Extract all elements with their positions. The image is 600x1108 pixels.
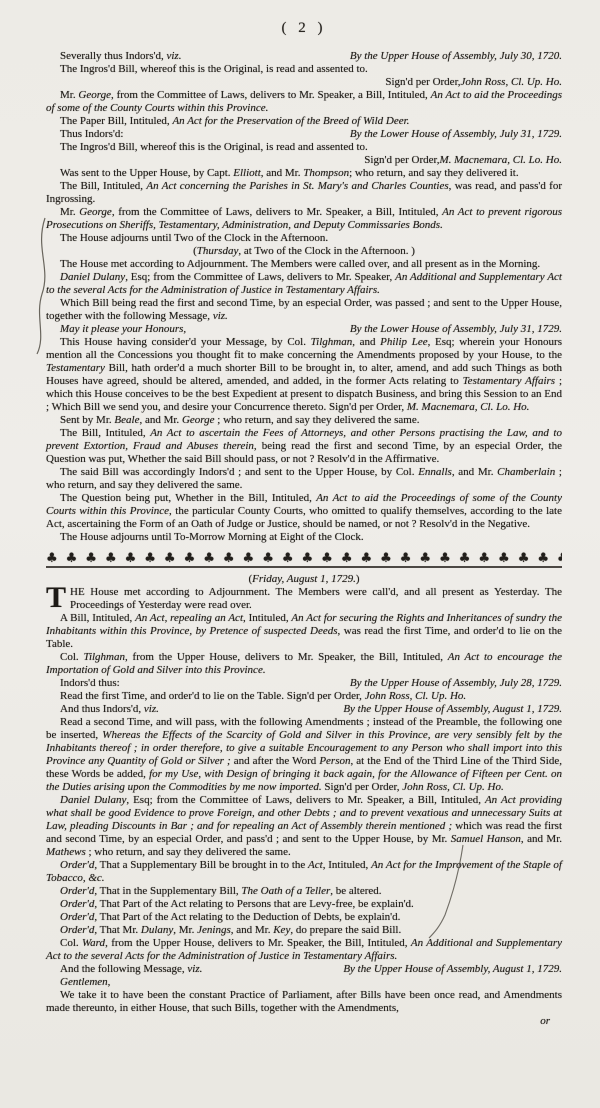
text-segment: John Ross, Cl. Up. Ho. bbox=[402, 781, 503, 793]
text-segment: And the following Message, bbox=[60, 963, 187, 975]
paragraph: We take it to have been the constant Pra… bbox=[46, 989, 562, 1015]
text-segment: viz. bbox=[166, 50, 181, 62]
paragraph: This House having consider'd your Messag… bbox=[46, 336, 562, 414]
text-segment: Order'd bbox=[60, 924, 94, 936]
text-segment: , from the Upper House, delivers to Mr. … bbox=[125, 651, 448, 663]
line-left-text: Indors'd thus: bbox=[46, 677, 120, 690]
text-segment: , Intituled, bbox=[243, 612, 291, 624]
text-segment: The Oath of a Teller bbox=[241, 885, 330, 897]
text-segment: , from the Committee of Laws, delivers t… bbox=[112, 206, 442, 218]
text-segment: An Act, repealing an Act bbox=[135, 612, 243, 624]
text-segment: An Act for the Preservation of the Breed… bbox=[172, 115, 409, 127]
text-segment: ; who return, and say they delivered the… bbox=[215, 414, 420, 426]
text-segment: or bbox=[540, 1015, 550, 1028]
page-number: ( 2 ) bbox=[46, 20, 562, 37]
line-right-attribution: By the Lower House of Assembly, July 31,… bbox=[350, 128, 562, 141]
text-segment: Mr. bbox=[60, 206, 79, 218]
text-segment: John Ross, Cl. Up. Ho. bbox=[365, 690, 466, 702]
text-segment: Person bbox=[319, 755, 350, 767]
text-segment: , and Mr. bbox=[139, 414, 181, 426]
text-segment: The Ingros'd Bill, whereof this is the O… bbox=[60, 63, 368, 75]
text-segment: John Ross, Cl. Up. Ho. bbox=[461, 76, 562, 89]
text-segment: The House adjourns until Two of the Cloc… bbox=[60, 232, 328, 244]
text-segment: Order'd bbox=[60, 898, 94, 910]
paragraph: Order'd, That in the Supplementary Bill,… bbox=[46, 885, 562, 898]
pen-mark-left-margin bbox=[37, 218, 45, 354]
text-segment: ; who return, and say they delivered it. bbox=[349, 167, 519, 179]
text-segment: viz. bbox=[213, 310, 228, 322]
paragraph: Daniel Dulany, Esq; from the Committee o… bbox=[46, 271, 562, 297]
text-line-split: May it please your Honours,By the Lower … bbox=[46, 323, 562, 336]
paragraph: Sent by Mr. Beale, and Mr. George ; who … bbox=[46, 414, 562, 427]
text-segment: , from the Upper House, delivers to Mr. … bbox=[105, 937, 411, 949]
paragraph: Was sent to the Upper House, by Capt. El… bbox=[46, 167, 562, 180]
paragraph: The Paper Bill, Intituled, An Act for th… bbox=[46, 115, 562, 128]
paragraph: The House adjourns until To-Morrow Morni… bbox=[46, 531, 562, 544]
text-segment: Gentlemen, bbox=[60, 976, 110, 988]
text-segment: Ward bbox=[82, 937, 105, 949]
paragraph: Order'd, That a Supplementary Bill be br… bbox=[46, 859, 562, 885]
text-segment: This House having consider'd your Messag… bbox=[60, 336, 311, 348]
signature-line: Sign'd per Order, John Ross, Cl. Up. Ho. bbox=[46, 76, 562, 89]
line-left-text: And the following Message, viz. bbox=[46, 963, 202, 976]
text-segment: Order'd bbox=[60, 911, 94, 923]
paragraph: Daniel Dulany, Esq; from the Committee o… bbox=[46, 794, 562, 859]
text-segment: By the Upper House of Assembly, August 1… bbox=[343, 703, 562, 715]
section-opening-paragraph: THE House met according to Adjournment. … bbox=[46, 586, 562, 612]
paragraph: Mr. George, from the Committee of Laws, … bbox=[46, 206, 562, 232]
text-segment: Dulany bbox=[141, 924, 173, 936]
text-segment: The Paper Bill, Intituled, bbox=[60, 115, 172, 127]
text-segment: By the Lower House of Assembly, July 31,… bbox=[350, 128, 562, 140]
text-segment: And thus Indors'd, bbox=[60, 703, 144, 715]
text-segment: Daniel Dulany bbox=[60, 271, 125, 283]
text-segment: Order'd bbox=[60, 885, 94, 897]
text-segment: and after the Word bbox=[231, 755, 320, 767]
text-segment: , Intituled, bbox=[323, 859, 371, 871]
paragraph: Gentlemen, bbox=[46, 976, 562, 989]
text-segment: The House met according to Adjournment. … bbox=[60, 258, 540, 270]
document-page: ( 2 ) Severally thus Indors'd, viz.By th… bbox=[0, 0, 600, 1108]
line-left-text: And thus Indors'd, viz. bbox=[46, 703, 159, 716]
text-segment: Was sent to the Upper House, by Capt. bbox=[60, 167, 233, 179]
text-segment: Order'd bbox=[60, 859, 94, 871]
text-segment: ) bbox=[356, 573, 360, 586]
text-segment: viz. bbox=[144, 703, 159, 715]
line-right-attribution: By the Upper House of Assembly, July 30,… bbox=[350, 50, 562, 63]
text-segment: Col. bbox=[60, 651, 83, 663]
paragraph: The House met according to Adjournment. … bbox=[46, 258, 562, 271]
line-left-text: Severally thus Indors'd, viz. bbox=[46, 50, 181, 63]
text-segment: , at Two of the Clock in the Afternoon. … bbox=[238, 245, 415, 258]
document-blocks: Severally thus Indors'd, viz.By the Uppe… bbox=[46, 50, 562, 1028]
text-segment: , That Part of the Act relating to Perso… bbox=[94, 898, 413, 910]
paragraph: Mr. George, from the Committee of Laws, … bbox=[46, 89, 562, 115]
text-segment: , That Mr. bbox=[94, 924, 141, 936]
text-line-split: And the following Message, viz.By the Up… bbox=[46, 963, 562, 976]
paragraph: Which Bill being read the first and seco… bbox=[46, 297, 562, 323]
text-segment: Chamberlain bbox=[497, 466, 555, 478]
paragraph: The Ingros'd Bill, whereof this is the O… bbox=[46, 63, 562, 76]
text-segment: , That a Supplementary Bill be brought i… bbox=[94, 859, 308, 871]
paragraph: Read the first Time, and order'd to lie … bbox=[46, 690, 562, 703]
text-segment: Tilghman bbox=[311, 336, 353, 348]
text-segment: A Bill, Intituled, bbox=[60, 612, 135, 624]
text-segment: Col. bbox=[60, 937, 82, 949]
text-segment: By the Upper House of Assembly, July 30,… bbox=[350, 50, 562, 62]
paragraph: Col. Tilghman, from the Upper House, del… bbox=[46, 651, 562, 677]
text-segment: Mr. bbox=[60, 89, 78, 101]
text-segment: We take it to have been the constant Pra… bbox=[46, 989, 562, 1014]
paragraph: The said Bill was accordingly Indors'd ;… bbox=[46, 466, 562, 492]
text-segment: George bbox=[182, 414, 215, 426]
line-right-attribution: By the Upper House of Assembly, August 1… bbox=[343, 963, 562, 976]
paragraph: The Bill, Intituled, An Act to ascertain… bbox=[46, 427, 562, 466]
text-segment: Sign'd per Order, bbox=[364, 154, 439, 167]
text-segment: By the Upper House of Assembly, August 1… bbox=[343, 963, 562, 975]
text-segment: The Ingros'd Bill, whereof this is the O… bbox=[60, 141, 368, 153]
line-right-attribution: By the Upper House of Assembly, July 28,… bbox=[350, 677, 562, 690]
text-segment: Which Bill being read the first and seco… bbox=[46, 297, 562, 322]
text-segment: George bbox=[79, 206, 112, 218]
paragraph: Read a second Time, and will pass, with … bbox=[46, 716, 562, 794]
text-segment: Thus Indors'd: bbox=[60, 128, 123, 140]
text-segment: , Mr. bbox=[173, 924, 197, 936]
text-segment: , do prepare the said Bill. bbox=[290, 924, 401, 936]
drop-cap: T bbox=[46, 586, 70, 610]
text-segment: Tilghman bbox=[83, 651, 125, 663]
text-segment: Thompson bbox=[303, 167, 349, 179]
catchword: or bbox=[46, 1015, 562, 1028]
text-segment: Read the first Time, and order'd to lie … bbox=[60, 690, 365, 702]
text-segment: Beale bbox=[114, 414, 139, 426]
text-line-split: Thus Indors'd:By the Lower House of Asse… bbox=[46, 128, 562, 141]
text-segment: HE House met according to Adjournment. T… bbox=[70, 586, 562, 611]
paragraph: The Question being put, Whether in the B… bbox=[46, 492, 562, 531]
text-segment: Sign'd per Order, bbox=[322, 781, 403, 793]
text-segment: , from the Committee of Laws, delivers t… bbox=[111, 89, 431, 101]
text-segment: Testamentary Affairs bbox=[463, 375, 556, 387]
text-segment: , and Mr. bbox=[521, 833, 562, 845]
text-segment: viz. bbox=[187, 963, 202, 975]
paragraph: The House adjourns until Two of the Cloc… bbox=[46, 232, 562, 245]
text-segment: , and bbox=[352, 336, 380, 348]
paragraph: Col. Ward, from the Upper House, deliver… bbox=[46, 937, 562, 963]
text-segment: Testamentary bbox=[46, 362, 105, 374]
text-segment: The Question being put, Whether in the B… bbox=[60, 492, 316, 504]
text-segment: , That Part of the Act relating to the D… bbox=[94, 911, 400, 923]
text-segment: The Bill, Intituled, bbox=[60, 427, 150, 439]
text-segment: M. Macnemara, Cl. Lo. Ho. bbox=[407, 401, 530, 413]
line-right-attribution: By the Lower House of Assembly, July 31,… bbox=[350, 323, 562, 336]
signature-line: Sign'd per Order, M. Macnemara, Cl. Lo. … bbox=[46, 154, 562, 167]
text-segment: Key bbox=[273, 924, 290, 936]
text-segment: , and Mr. bbox=[261, 167, 303, 179]
text-segment: By the Lower House of Assembly, July 31,… bbox=[350, 323, 562, 335]
text-segment: Act bbox=[308, 859, 323, 871]
text-segment: Mathews bbox=[46, 846, 86, 858]
line-right-attribution: By the Upper House of Assembly, August 1… bbox=[343, 703, 562, 716]
text-segment: Thursday bbox=[197, 245, 239, 258]
text-segment: Sent by Mr. bbox=[60, 414, 114, 426]
text-segment: Elliott bbox=[233, 167, 261, 179]
line-left-text: May it please your Honours, bbox=[46, 323, 186, 336]
paragraph: The Ingros'd Bill, whereof this is the O… bbox=[46, 141, 562, 154]
printer-ornament-row: ♣♣♣♣♣♣♣♣♣♣♣♣♣♣♣♣♣♣♣♣♣♣♣♣♣♣♣♣♣♣ bbox=[46, 551, 562, 568]
text-segment: An Act concerning the Parishes in St. Ma… bbox=[146, 180, 448, 192]
text-line-split: Indors'd thus:By the Upper House of Asse… bbox=[46, 677, 562, 690]
text-segment: , be altered. bbox=[330, 885, 381, 897]
line-left-text: Thus Indors'd: bbox=[46, 128, 123, 141]
text-segment: George bbox=[78, 89, 111, 101]
text-line-split: And thus Indors'd, viz.By the Upper Hous… bbox=[46, 703, 562, 716]
paragraph: Order'd, That Mr. Dulany, Mr. Jenings, a… bbox=[46, 924, 562, 937]
text-line-split: Severally thus Indors'd, viz.By the Uppe… bbox=[46, 50, 562, 63]
text-segment: Samuel Hanson bbox=[451, 833, 521, 845]
text-segment: , Esq; from the Committee of Laws, deliv… bbox=[126, 794, 485, 806]
paragraph: Order'd, That Part of the Act relating t… bbox=[46, 898, 562, 911]
text-segment: Indors'd thus: bbox=[60, 677, 120, 689]
session-heading: ( Friday, August 1, 1729. ) bbox=[46, 573, 562, 586]
text-segment: Sign'd per Order, bbox=[385, 76, 460, 89]
text-segment: , That in the Supplementary Bill, bbox=[94, 885, 241, 897]
text-segment: Daniel Dulany bbox=[60, 794, 126, 806]
text-segment: The said Bill was accordingly Indors'd ;… bbox=[60, 466, 418, 478]
paragraph: The Bill, Intituled, An Act concerning t… bbox=[46, 180, 562, 206]
text-segment: May it please your Honours, bbox=[60, 323, 186, 335]
text-segment: , Esq; from the Committee of Laws, deliv… bbox=[125, 271, 395, 283]
text-segment: M. Macnemara, Cl. Lo. Ho. bbox=[439, 154, 562, 167]
text-segment: , and Mr. bbox=[452, 466, 497, 478]
text-segment: By the Upper House of Assembly, July 28,… bbox=[350, 677, 562, 689]
paragraph: Order'd, That Part of the Act relating t… bbox=[46, 911, 562, 924]
text-segment: Philip Lee bbox=[380, 336, 427, 348]
text-segment: Friday, August 1, 1729. bbox=[252, 573, 356, 586]
text-segment: ; who return, and say they delivered the… bbox=[86, 846, 291, 858]
text-segment: Jenings bbox=[197, 924, 231, 936]
text-segment: , and Mr. bbox=[231, 924, 273, 936]
session-heading: ( Thursday, at Two of the Clock in the A… bbox=[46, 245, 562, 258]
paragraph: A Bill, Intituled, An Act, repealing an … bbox=[46, 612, 562, 651]
text-segment: The House adjourns until To-Morrow Morni… bbox=[60, 531, 364, 543]
text-segment: Severally thus Indors'd, bbox=[60, 50, 166, 62]
text-segment: Ennalls bbox=[418, 466, 452, 478]
text-segment: The Bill, Intituled, bbox=[60, 180, 146, 192]
